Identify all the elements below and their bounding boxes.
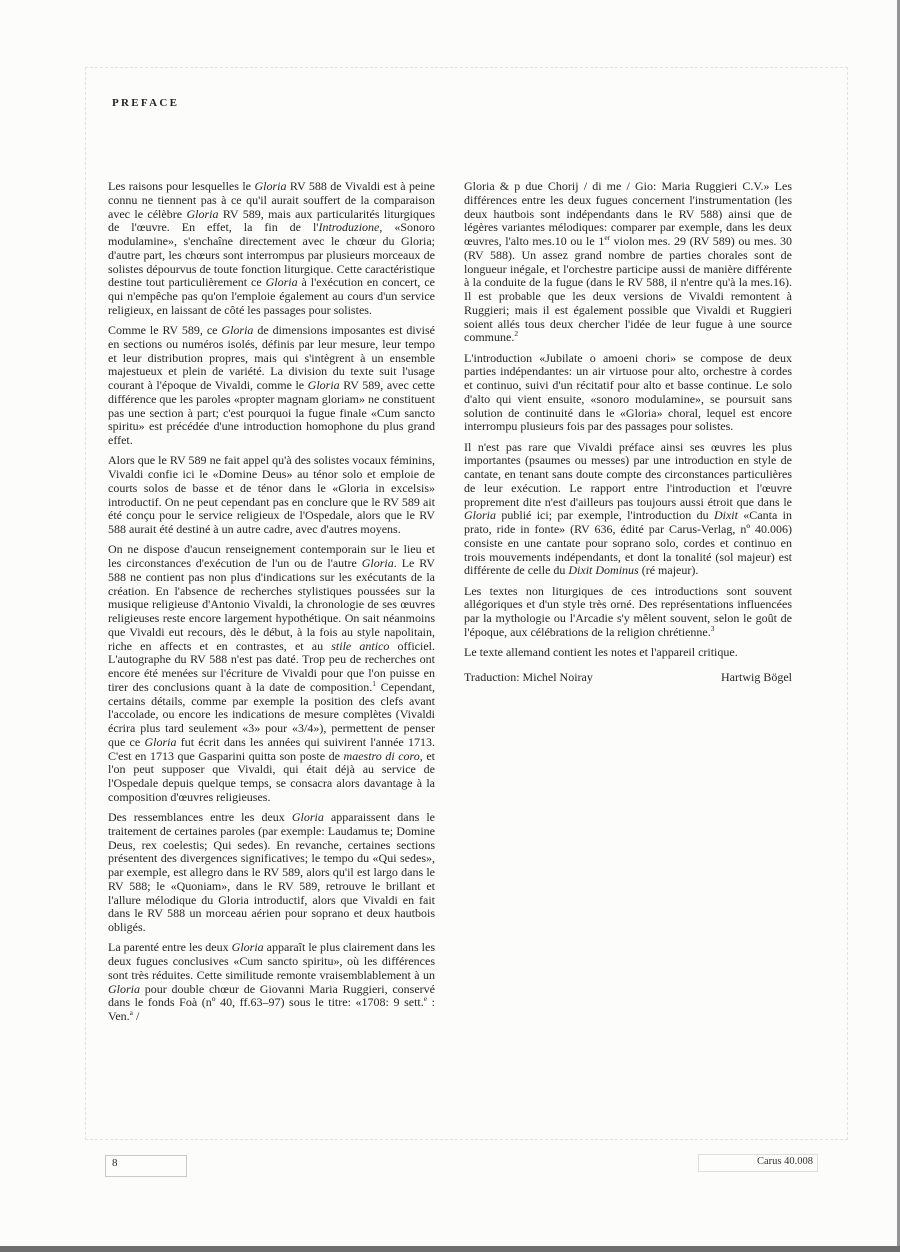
catalog-number: Carus 40.008 xyxy=(757,1156,813,1167)
author-credit: Hartwig Bögel xyxy=(721,671,792,685)
scan-edge-bottom xyxy=(0,1246,900,1252)
paragraph: On ne dispose d'aucun renseignement cont… xyxy=(108,543,435,804)
paragraph: Gloria & p due Chorij / di me / Gio: Mar… xyxy=(464,180,792,345)
scanned-page: PREFACE Les raisons pour lesquelles le G… xyxy=(0,0,900,1252)
signature-row: Traduction: Michel Noiray Hartwig Bögel xyxy=(464,671,792,685)
paragraph: Les raisons pour lesquelles le Gloria RV… xyxy=(108,180,435,318)
right-column: Gloria & p due Chorij / di me / Gio: Mar… xyxy=(464,180,792,1030)
right-column-text: Gloria & p due Chorij / di me / Gio: Mar… xyxy=(464,180,792,660)
page-number-box: 8 xyxy=(105,1155,187,1177)
paragraph: Il n'est pas rare que Vivaldi préface ai… xyxy=(464,441,792,579)
paragraph: Alors que le RV 589 ne fait appel qu'à d… xyxy=(108,454,435,537)
paragraph: Le texte allemand contient les notes et … xyxy=(464,646,792,660)
paragraph: Des ressemblances entre les deux Gloria … xyxy=(108,811,435,935)
page-number: 8 xyxy=(112,1157,118,1169)
page-title: PREFACE xyxy=(112,97,179,109)
paragraph: Les textes non liturgiques de ces introd… xyxy=(464,585,792,640)
translator-credit: Traduction: Michel Noiray xyxy=(464,671,593,685)
catalog-number-box: Carus 40.008 xyxy=(698,1154,818,1172)
paragraph: L'introduction «Jubilate o amoeni chori»… xyxy=(464,352,792,435)
preface-columns: Les raisons pour lesquelles le Gloria RV… xyxy=(108,180,792,1030)
left-column: Les raisons pour lesquelles le Gloria RV… xyxy=(108,180,435,1030)
paragraph: Comme le RV 589, ce Gloria de dimensions… xyxy=(108,324,435,448)
paragraph: La parenté entre les deux Gloria apparaî… xyxy=(108,941,435,1024)
